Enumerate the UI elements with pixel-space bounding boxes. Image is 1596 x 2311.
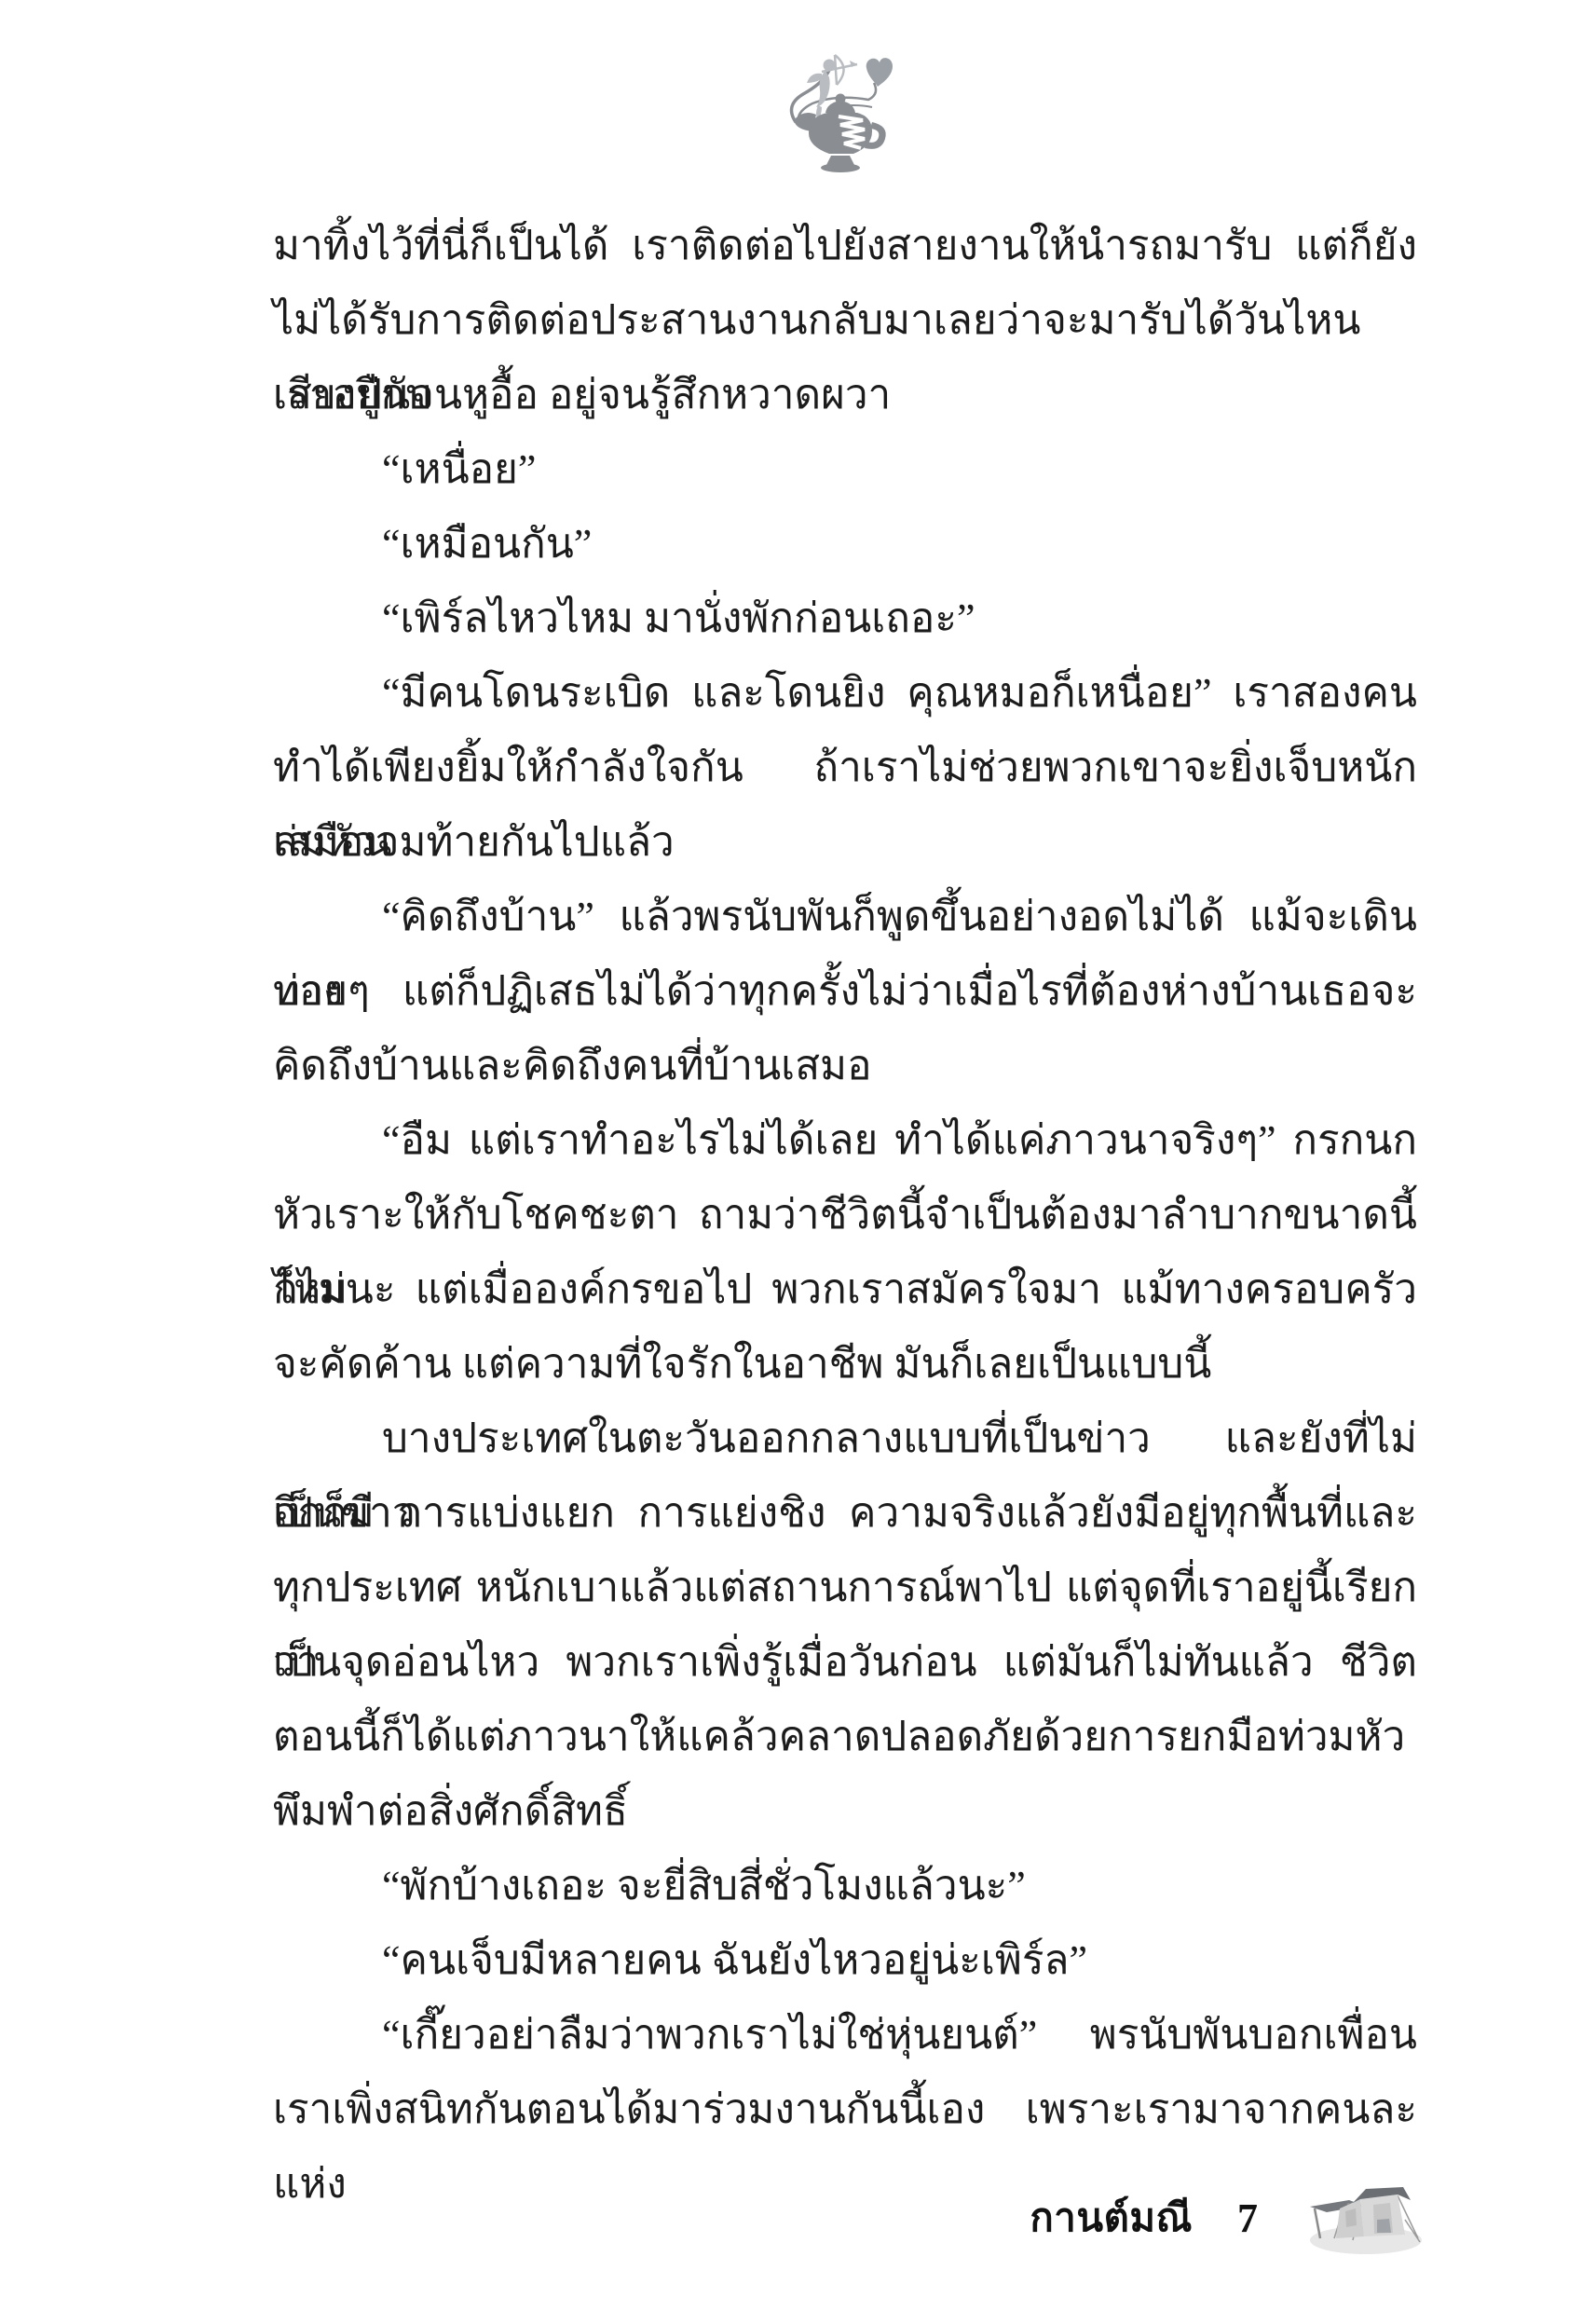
footer-page-number: 7 xyxy=(1237,2195,1258,2242)
text-line: พึมพำต่อสิ่งศักดิ์สิทธิ์ xyxy=(273,1774,1417,1849)
page-footer: กานต์มณี 7 xyxy=(1030,2176,1425,2260)
text-line: “คนเจ็บมีหลายคน ฉันยังไหวอยู่น่ะเพิร์ล” xyxy=(273,1923,1417,1998)
text-line: ล่มหัวจมท้ายกันไปแล้ว xyxy=(273,805,1417,880)
lamp-ornament-icon xyxy=(781,51,900,177)
text-line: อีกก็มี การแบ่งแยก การแย่งชิง ความจริงแล… xyxy=(273,1476,1417,1551)
text-line: ตอนนี้ก็ได้แต่ภาวนาให้แคล้วคลาดปลอดภัยด้… xyxy=(273,1700,1417,1774)
footer-book-title: กานต์มณี xyxy=(1030,2187,1193,2249)
text-line: “มีคนโดนระเบิด และโดนยิง คุณหมอก็เหนื่อย… xyxy=(273,656,1417,731)
text-line: ก็ไม่นะ แต่เมื่อองค์กรขอไป พวกเราสมัครใจ… xyxy=(273,1252,1417,1327)
text-line: บางประเทศในตะวันออกกลางแบบที่เป็นข่าว แล… xyxy=(273,1402,1417,1476)
text-line: มาทิ้งไว้ที่นี่ก็เป็นได้ เราติดต่อไปยังส… xyxy=(273,209,1417,283)
text-line: ทำได้เพียงยิ้มให้กำลังใจกัน ถ้าเราไม่ช่ว… xyxy=(273,731,1417,805)
text-line: “เกี๊ยวอย่าลืมว่าพวกเราไม่ใช่หุ่นยนต์” พ… xyxy=(273,1998,1417,2072)
text-line: บ่อยๆ แต่ก็ปฏิเสธไม่ได้ว่าทุกครั้งไม่ว่า… xyxy=(273,954,1417,1029)
text-line: ไม่ได้รับการติดต่อประสานงานกลับมาเลยว่าจ… xyxy=(273,283,1417,358)
text-line: “พักบ้างเถอะ จะยี่สิบสี่ชั่วโมงแล้วนะ” xyxy=(273,1849,1417,1923)
text-line: เป็นจุดอ่อนไหว พวกเราเพิ่งรู้เมื่อวันก่อ… xyxy=(273,1625,1417,1700)
text-line: จะคัดค้าน แต่ความที่ใจรักในอาชีพ มันก็เล… xyxy=(273,1327,1417,1402)
text-line: “อืม แต่เราทำอะไรไม่ได้เลย ทำได้แค่ภาวนา… xyxy=(273,1103,1417,1178)
text-line: “เพิร์ลไหวไหม มานั่งพักก่อนเถอะ” xyxy=(273,581,1417,656)
body-text: มาทิ้งไว้ที่นี่ก็เป็นได้ เราติดต่อไปยังส… xyxy=(273,209,1417,2147)
text-line: หัวเราะให้กับโชคชะตา ถามว่าชีวิตนี้จำเป็… xyxy=(273,1178,1417,1252)
tent-icon xyxy=(1306,2181,1425,2259)
text-line: ทุกประเทศ หนักเบาแล้วแต่สถานการณ์พาไป แต… xyxy=(273,1551,1417,1625)
text-line: “คิดถึงบ้าน” แล้วพรนับพันก็พูดขึ้นอย่างอ… xyxy=(273,880,1417,954)
text-line: “เหมือนกัน” xyxy=(273,507,1417,581)
book-page: มาทิ้งไว้ที่นี่ก็เป็นได้ เราติดต่อไปยังส… xyxy=(0,0,1596,2311)
text-line: เราเพิ่งสนิทกันตอนได้มาร่วมงานกันนี้เอง … xyxy=(273,2072,1417,2147)
text-line: คิดถึงบ้านและคิดถึงคนที่บ้านเสมอ xyxy=(273,1029,1417,1103)
text-line: “เหนื่อย” xyxy=(273,432,1417,507)
text-line: เสียงปืนจนหูอื้อ อยู่จนรู้สึกหวาดผวา xyxy=(273,358,1417,432)
